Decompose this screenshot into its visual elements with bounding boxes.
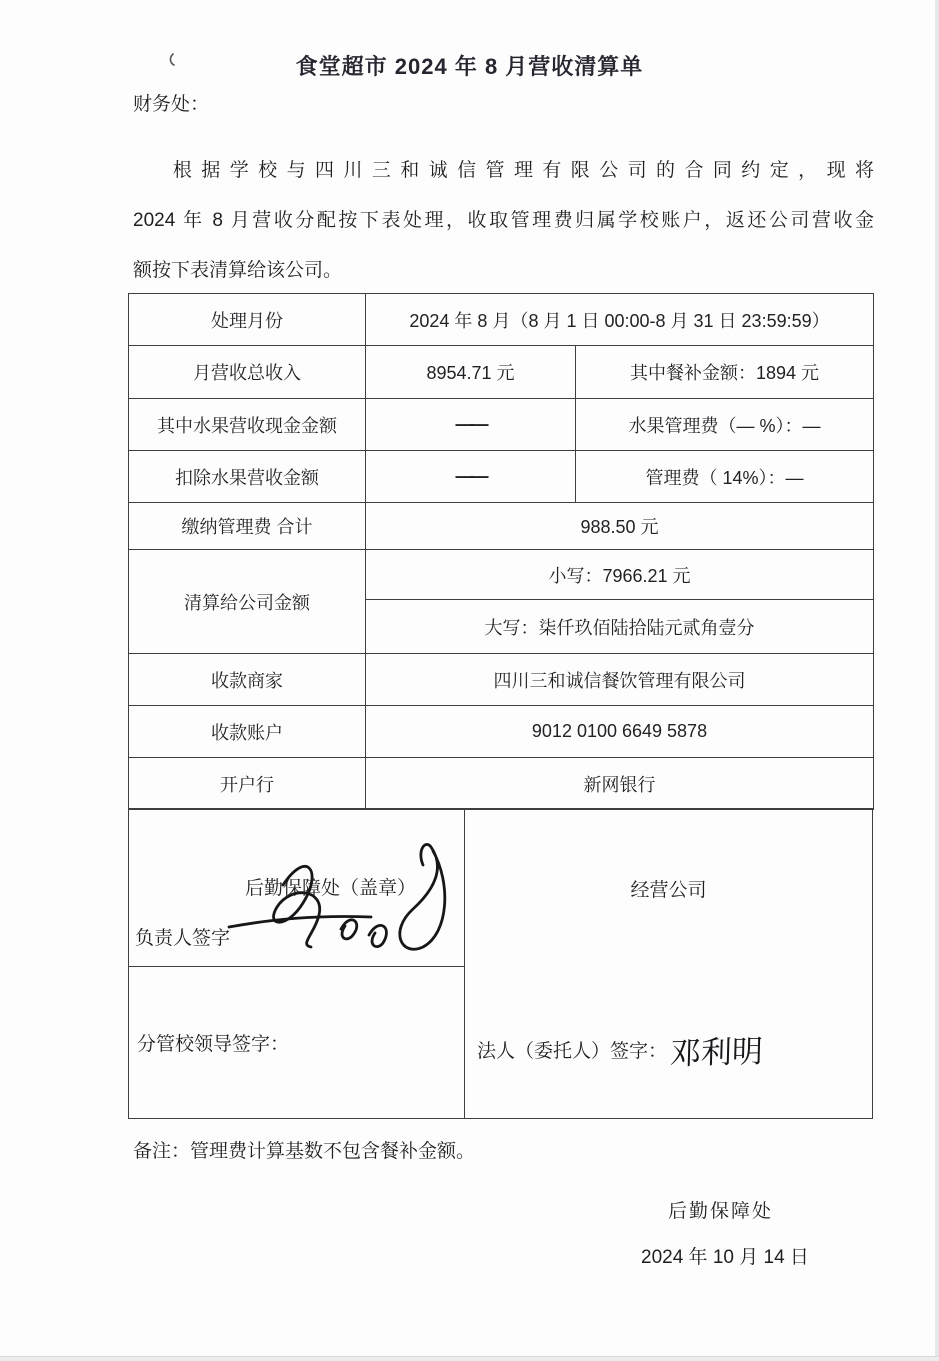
table-row: 收款商家 四川三和诚信餐饮管理有限公司 (129, 654, 874, 706)
row-label: 收款商家 (129, 654, 366, 706)
sig-cell-logistics: 后勤保障处（盖章） 负责人签字 (129, 809, 465, 967)
row-value-2: 其中餐补金额：1894 元 (576, 346, 874, 399)
table-row: 扣除水果营收金额 —— 管理费（ 14%）：— (129, 451, 874, 503)
manager-signature (221, 841, 473, 971)
table-row: 缴纳管理费 合计 988.50 元 (129, 503, 874, 550)
row-label: 处理月份 (129, 294, 366, 346)
settlement-table: 处理月份 2024 年 8 月（8 月 1 日 00:00-8 月 31 日 2… (128, 293, 874, 810)
row-label: 清算给公司金额 (129, 550, 366, 654)
sig-cell-company: 经营公司 法人（委托人）签字： 邓利明 (465, 809, 872, 1118)
paragraph-line: 2024 年 8 月营收分配按下表处理，收取管理费归属学校账户，返还公司营收金 (133, 196, 874, 246)
salutation: 财务处： (133, 89, 209, 116)
body-paragraph: 根据学校与四川三和诚信管理有限公司的合同约定，现将 2024 年 8 月营收分配… (133, 146, 874, 296)
row-label: 收款账户 (129, 706, 366, 758)
leader-sign-label: 分管校领导签字： (137, 1029, 289, 1056)
row-label: 其中水果营收现金金额 (129, 399, 366, 451)
signature-section: 后勤保障处（盖章） 负责人签字 分管校领导签字： 经营公司 法人（委托人）签字：… (128, 808, 873, 1119)
row-value: 988.50 元 (366, 503, 874, 550)
row-value: —— (366, 399, 576, 451)
row-value-capital: 大写：柒仟玖佰陆拾陆元贰角壹分 (366, 600, 874, 654)
table-row: 收款账户 9012 0100 6649 5878 (129, 706, 874, 758)
legal-person-signature: 邓利明 (669, 1025, 763, 1072)
sig-cell-leader: 分管校领导签字： (129, 967, 465, 1118)
company-header: 经营公司 (465, 875, 872, 902)
row-value: 新网银行 (366, 758, 874, 810)
scan-edge-bottom (0, 1356, 939, 1361)
row-value: 8954.71 元 (366, 346, 576, 399)
table-row: 其中水果营收现金金额 —— 水果管理费（— %）：— (129, 399, 874, 451)
row-value-2: 管理费（ 14%）：— (576, 451, 874, 503)
row-value: 9012 0100 6649 5878 (366, 706, 874, 758)
paragraph-line: 根据学校与四川三和诚信管理有限公司的合同约定，现将 (133, 146, 874, 196)
row-value-small: 小写：7966.21 元 (366, 550, 874, 600)
logistics-stamp-label: 后勤保障处（盖章） (245, 873, 416, 900)
page-title: 食堂超市 2024 年 8 月营收清算单 (0, 50, 939, 81)
document-page: 食堂超市 2024 年 8 月营收清算单 财务处： 根据学校与四川三和诚信管理有… (0, 0, 939, 1361)
legal-sign-label: 法人（委托人）签字： (477, 1036, 667, 1063)
row-value: —— (366, 451, 576, 503)
table-row: 开户行 新网银行 (129, 758, 874, 810)
footer-date: 2024 年 10 月 14 日 (641, 1242, 809, 1269)
legal-sign-line: 法人（委托人）签字： 邓利明 (477, 1027, 763, 1072)
scan-edge-right (935, 0, 939, 1361)
table-row: 清算给公司金额 小写：7966.21 元 (129, 550, 874, 600)
row-value-2: 水果管理费（— %）：— (576, 399, 874, 451)
table-row: 月营收总收入 8954.71 元 其中餐补金额：1894 元 (129, 346, 874, 399)
paragraph-line: 额按下表清算给该公司。 (133, 246, 874, 296)
table-row: 处理月份 2024 年 8 月（8 月 1 日 00:00-8 月 31 日 2… (129, 294, 874, 346)
row-label: 月营收总收入 (129, 346, 366, 399)
row-label: 缴纳管理费 合计 (129, 503, 366, 550)
row-value: 2024 年 8 月（8 月 1 日 00:00-8 月 31 日 23:59:… (366, 294, 874, 346)
footer-note: 备注：管理费计算基数不包含餐补金额。 (133, 1136, 475, 1163)
row-label: 开户行 (129, 758, 366, 810)
footer-department: 后勤保障处 (668, 1196, 773, 1223)
row-value: 四川三和诚信餐饮管理有限公司 (366, 654, 874, 706)
row-label: 扣除水果营收金额 (129, 451, 366, 503)
manager-sign-label: 负责人签字 (135, 923, 230, 950)
